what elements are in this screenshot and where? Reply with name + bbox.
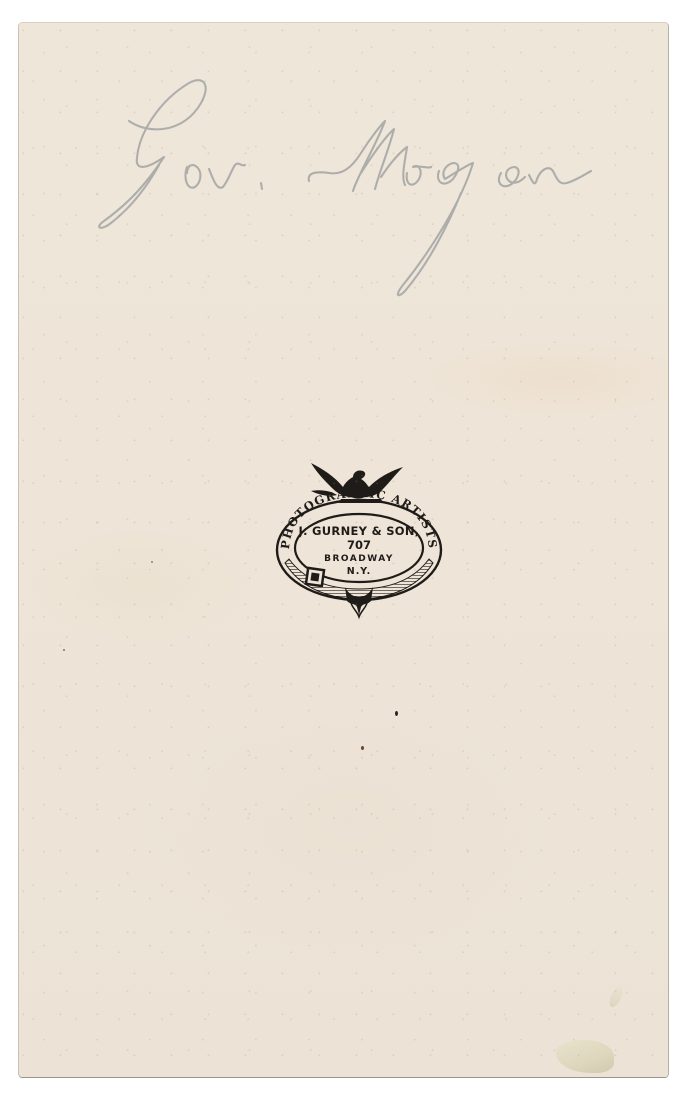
- photo-card-back: Gov. Morgan: [19, 23, 668, 1077]
- handwritten-inscription: Gov. Morgan: [89, 73, 619, 313]
- paper-speck: [361, 746, 364, 750]
- paper-speck: [151, 561, 153, 563]
- paper-speck: [395, 711, 398, 716]
- imprint-street: BROADWAY: [324, 554, 394, 564]
- paper-damage: [607, 985, 625, 1009]
- paper-speck: [63, 649, 65, 651]
- imprint-firm: J. GURNEY & SON,: [298, 524, 420, 538]
- scan-background: Gov. Morgan: [0, 0, 695, 1100]
- paper-damage: [556, 1040, 614, 1073]
- imprint-city: N.Y.: [347, 566, 371, 577]
- imprint-number: 707: [347, 538, 371, 552]
- photographer-imprint: PHOTOGRAPHIC ARTISTS J. GURNEY & SON, 70…: [271, 455, 447, 621]
